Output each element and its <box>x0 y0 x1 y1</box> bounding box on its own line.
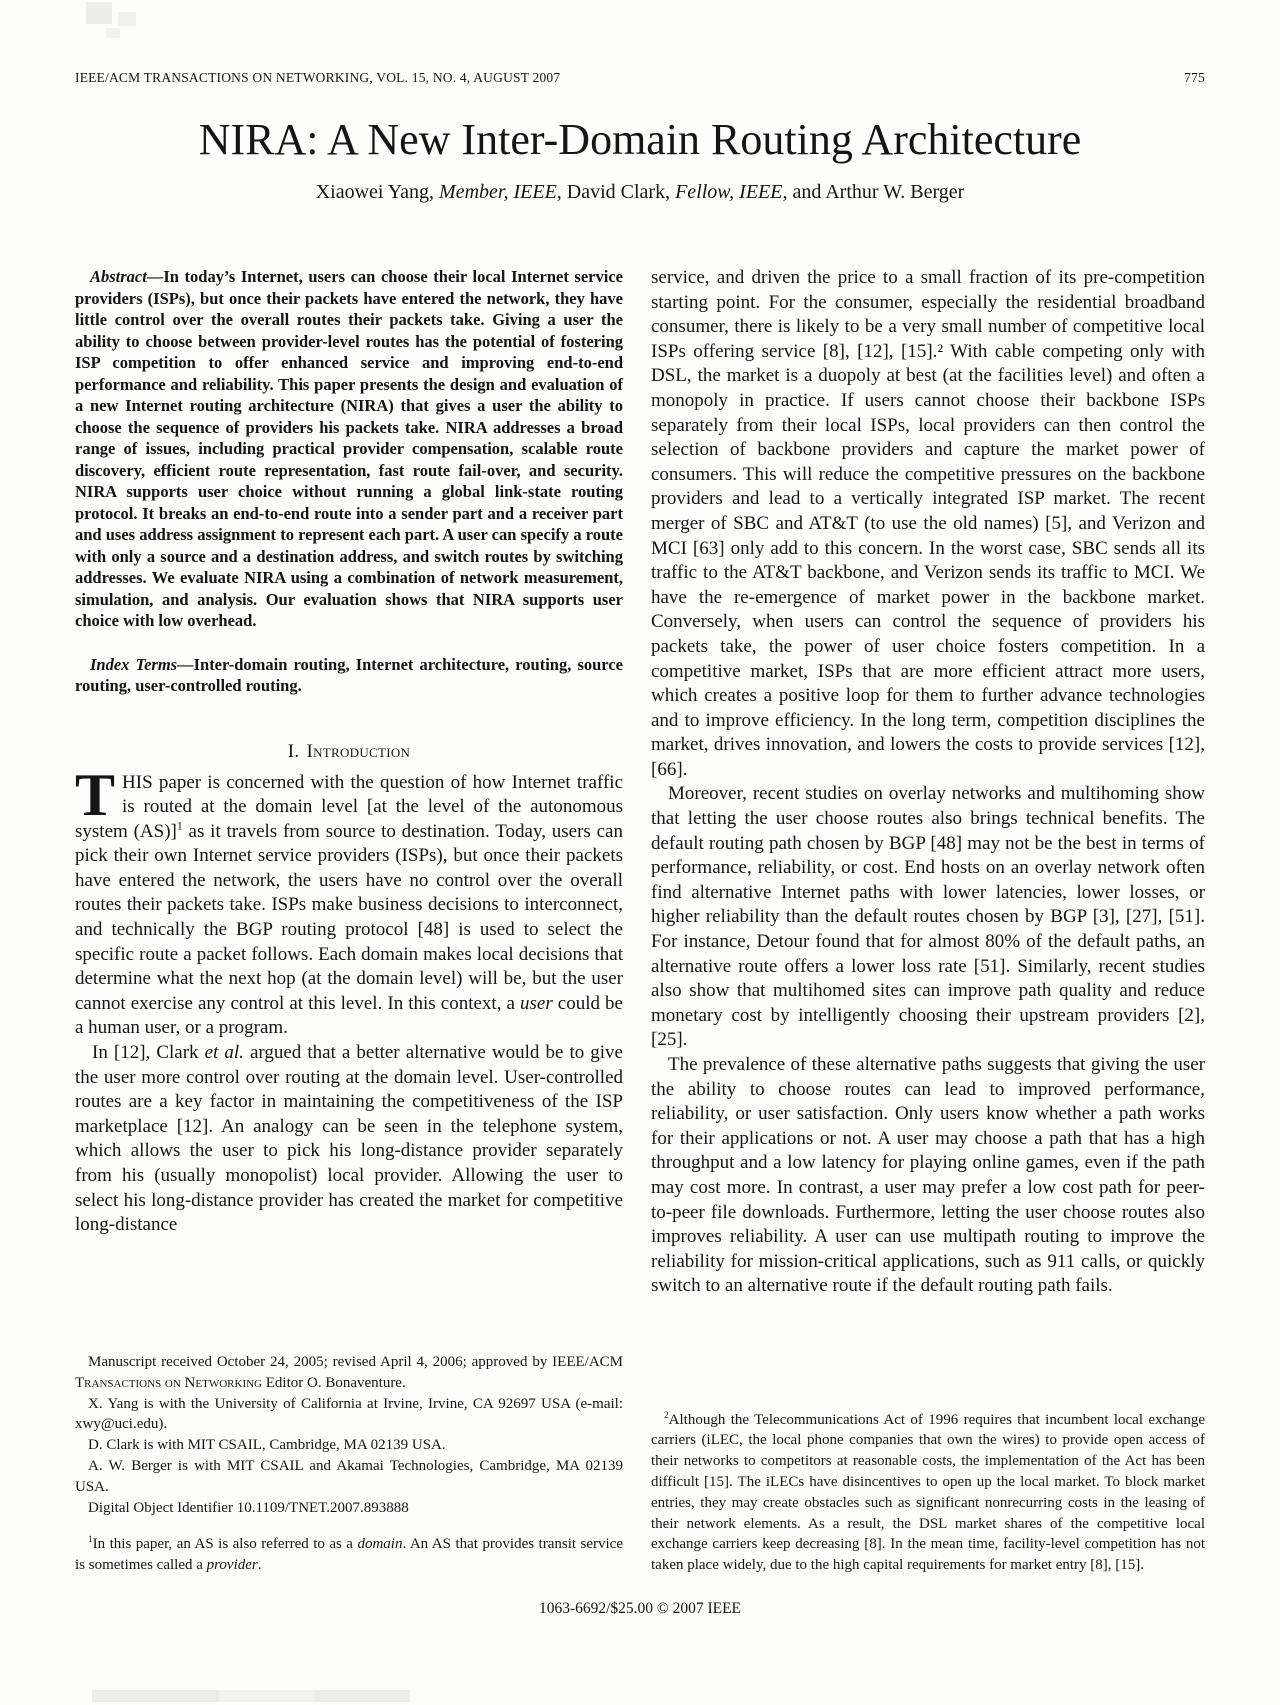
left-footnote-block: Manuscript received October 24, 2005; re… <box>75 1352 623 1576</box>
manuscript-note-text: Manuscript received October 24, 2005; re… <box>88 1354 623 1370</box>
scan-artifact-bottom <box>92 1690 410 1702</box>
page-number: 775 <box>1184 70 1205 86</box>
intro-p2-text: In [12], Clark <box>92 1042 205 1063</box>
paper-page: IEEE/ACM TRANSACTIONS ON NETWORKING, VOL… <box>0 70 1280 1618</box>
right-footnote-block: 2Although the Telecommunications Act of … <box>651 1410 1205 1576</box>
abstract-text: In today’s Internet, users can choose th… <box>75 267 623 630</box>
section-name: Introduction <box>306 741 410 762</box>
author-membership: Member, IEEE <box>439 181 557 203</box>
section-heading-introduction: I.Introduction <box>75 741 623 763</box>
footnote-2: 2Although the Telecommunications Act of … <box>651 1410 1205 1576</box>
authors-line: Xiaowei Yang, Member, IEEE, David Clark,… <box>75 181 1205 204</box>
intro-p1-italic: user <box>520 993 553 1014</box>
affiliation-yang: X. Yang is with the University of Califo… <box>75 1394 623 1436</box>
author-name: , David Clark, <box>557 181 675 203</box>
footnote-2-text: Although the Telecommunications Act of 1… <box>651 1412 1205 1574</box>
paper-title: NIRA: A New Inter-Domain Routing Archite… <box>75 114 1205 166</box>
author-name: Xiaowei Yang, <box>316 181 439 203</box>
index-terms-paragraph: Index Terms—Inter-domain routing, Intern… <box>75 654 623 697</box>
intro-paragraph-2: In [12], Clark et al. argued that a bett… <box>75 1041 623 1238</box>
abstract-section: Abstract—In today’s Internet, users can … <box>75 266 623 697</box>
footnote-1-text: . <box>258 1557 262 1573</box>
affiliation-clark: D. Clark is with MIT CSAIL, Cambridge, M… <box>75 1435 623 1456</box>
right-column-text: service, and driven the price to a small… <box>651 266 1205 1299</box>
author-name: , and Arthur W. Berger <box>782 181 964 203</box>
journal-header: IEEE/ACM TRANSACTIONS ON NETWORKING, VOL… <box>75 70 560 86</box>
intro-p2-italic: et al. <box>205 1042 244 1063</box>
footnote-1-text: In this paper, an AS is also referred to… <box>93 1536 358 1552</box>
introduction-text: THIS paper is concerned with the questio… <box>75 763 623 1238</box>
manuscript-note-text: Editor O. Bonaventure. <box>262 1375 406 1391</box>
manuscript-note: Manuscript received October 24, 2005; re… <box>75 1352 623 1394</box>
intro-p2-text: argued that a better alternative would b… <box>75 1042 623 1235</box>
right-column: service, and driven the price to a small… <box>651 266 1205 1576</box>
abstract-label: Abstract— <box>90 267 163 286</box>
right-paragraph-3: The prevalence of these alternative path… <box>651 1053 1205 1299</box>
running-head: IEEE/ACM TRANSACTIONS ON NETWORKING, VOL… <box>75 70 1205 86</box>
footnote-1-italic-domain: domain <box>357 1536 402 1552</box>
doi-line: Digital Object Identifier 10.1109/TNET.2… <box>75 1498 623 1519</box>
author-membership: Fellow, IEEE <box>675 181 782 203</box>
footnote-1: 1In this paper, an AS is also referred t… <box>75 1534 623 1576</box>
right-paragraph-2: Moreover, recent studies on overlay netw… <box>651 782 1205 1053</box>
drop-cap: T <box>75 771 122 818</box>
abstract-paragraph: Abstract—In today’s Internet, users can … <box>75 266 623 632</box>
two-column-body: Abstract—In today’s Internet, users can … <box>75 266 1205 1576</box>
footnote-spacer <box>75 1518 623 1534</box>
left-column: Abstract—In today’s Internet, users can … <box>75 266 623 1576</box>
footnote-1-italic-provider: provider <box>207 1557 258 1573</box>
section-number: I. <box>288 741 300 762</box>
scan-artifact-top <box>86 2 112 24</box>
affiliation-berger: A. W. Berger is with MIT CSAIL and Akama… <box>75 1456 623 1498</box>
journal-smallcaps: Transactions on Networking <box>75 1375 262 1391</box>
intro-p1-text: as it travels from source to destination… <box>75 821 623 1014</box>
copyright-line: 1063-6692/$25.00 © 2007 IEEE <box>75 1600 1205 1618</box>
index-terms-label: Index Terms— <box>90 655 194 674</box>
right-paragraph-1: service, and driven the price to a small… <box>651 266 1205 782</box>
intro-paragraph-1: THIS paper is concerned with the questio… <box>75 771 623 1042</box>
